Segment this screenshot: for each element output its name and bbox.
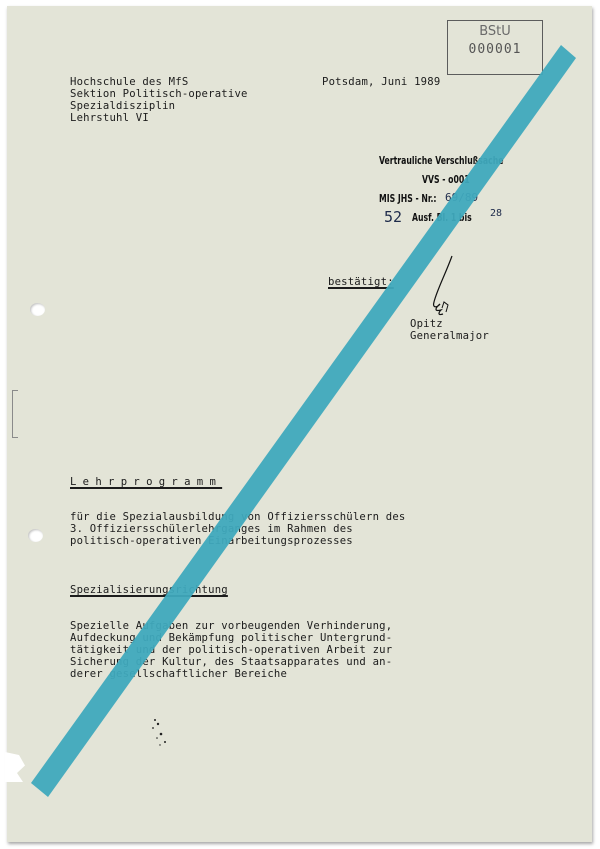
page-count: 28 [490,208,502,219]
approver-name: Opitz [410,318,443,331]
section-heading: Spezialisierungsrichtung [70,584,228,597]
section-body-line: derer gesellschaftlicher Bereiche [70,668,287,681]
ink-speckle [145,712,175,752]
header-institution-line: Sektion Politisch-operative [70,88,248,101]
header-institution-line: Spezialdisziplin [70,100,175,113]
subtitle-line: für die Spezialausbildung von Offizierss… [70,511,405,524]
archive-stamp-number: 000001 [448,42,542,57]
archive-stamp: BStU 000001 [447,20,543,75]
section-body-line: Aufdeckung und Bekämpfung politischer Un… [70,632,392,645]
registration-number: 69/89 [445,191,478,204]
subtitle-line: 3. Offiziersschülerlehrganges im Rahmen … [70,523,353,536]
approval-label: bestätigt: [328,276,394,289]
document-page [7,6,592,842]
section-body-line: tätigkeit und der politisch-operativen A… [70,644,392,657]
punch-hole [30,303,45,316]
signature [415,250,465,320]
copy-number: 52 [384,208,402,226]
subtitle-line: politisch-operativen Einarbeitungsprozes… [70,535,353,548]
header-institution-line: Lehrstuhl VI [70,112,149,125]
staple-mark [12,390,18,438]
section-body-line: Sicherung der Kultur, des Staatsapparate… [70,656,392,669]
classification-title: Vertrauliche Verschlußsache [379,155,503,167]
classification-vvs: VVS - o001 [422,174,470,186]
document-title: Lehrprogramm [70,476,222,489]
place-date: Potsdam, Juni 1989 [322,76,440,89]
copy-label: Ausf. Bl. 1 bis [412,212,472,224]
punch-hole [28,529,43,542]
registration-label: MIS JHS - Nr.: [379,193,437,205]
approver-rank: Generalmajor [410,330,489,343]
section-body-line: Spezielle Aufgaben zur vorbeugenden Verh… [70,620,392,633]
header-institution-line: Hochschule des MfS [70,76,188,89]
archive-stamp-label: BStU [448,24,542,39]
